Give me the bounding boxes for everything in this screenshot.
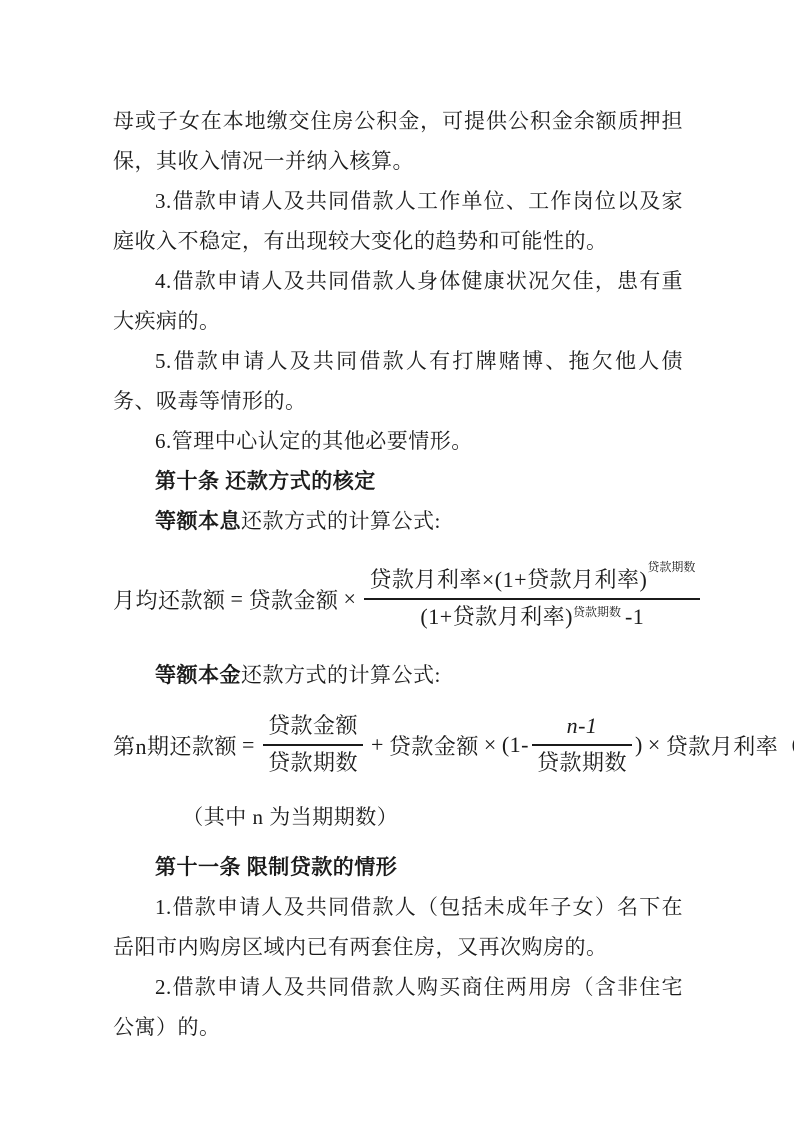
principal-fraction-2: n-1 贷款期数 bbox=[532, 712, 632, 777]
annuity-formula-lhs: 月均还款额 bbox=[113, 584, 226, 615]
annuity-fraction-denominator: (1+贷款月利率)贷款期数-1 bbox=[364, 600, 700, 632]
fraction-2-numerator: n-1 bbox=[532, 712, 632, 746]
article-10-heading: 第十条 还款方式的核定 bbox=[113, 461, 683, 501]
list-item-5: 5.借款申请人及共同借款人有打牌赌博、拖欠他人债务、吸毒等情形的。 bbox=[113, 341, 683, 421]
principal-formula: 第n期还款额 = 贷款金额 贷款期数 + 贷款金额 × (1- n-1 贷款期数… bbox=[113, 703, 683, 787]
annuity-method-name: 等额本息 bbox=[155, 509, 241, 533]
fraction-1-denominator: 贷款期数 bbox=[263, 746, 363, 778]
principal-fraction-1: 贷款金额 贷款期数 bbox=[263, 712, 363, 777]
principal-lead-rest: 还款方式的计算公式: bbox=[241, 663, 441, 687]
fraction-1-numerator: 贷款金额 bbox=[263, 712, 363, 746]
paragraph-guarantee-continuation: 母或子女在本地缴交住房公积金，可提供公积金余额质押担保，其收入情况一并纳入核算。 bbox=[113, 101, 683, 181]
open-paren: (1- bbox=[502, 732, 529, 758]
document-page: 母或子女在本地缴交住房公积金，可提供公积金余额质押担保，其收入情况一并纳入核算。… bbox=[0, 0, 794, 1122]
multiply-sign: × bbox=[648, 732, 661, 758]
annuity-fraction: 贷款月利率×(1+贷款月利率)贷款期数 (1+贷款月利率)贷款期数-1 bbox=[364, 566, 700, 631]
denominator-exponent: 贷款期数 bbox=[573, 606, 621, 618]
numerator-exponent: 贷款期数 bbox=[647, 560, 695, 574]
annuity-formula: 月均还款额 = 贷款金额 × 贷款月利率×(1+贷款月利率)贷款期数 (1+贷款… bbox=[113, 557, 683, 641]
numerator-base: 贷款月利率×(1+贷款月利率) bbox=[369, 567, 647, 592]
list-item-6: 6.管理中心认定的其他必要情形。 bbox=[113, 421, 683, 461]
annuity-fraction-numerator: 贷款月利率×(1+贷款月利率)贷款期数 bbox=[364, 566, 700, 600]
principal-method-name: 等额本金 bbox=[155, 663, 241, 687]
list-item-4: 4.借款申请人及共同借款人身体健康状况欠佳，患有重大疾病的。 bbox=[113, 261, 683, 341]
equals-sign: = bbox=[242, 732, 255, 758]
annuity-formula-factor: 贷款金额 bbox=[248, 584, 338, 615]
principal-formula-lhs: 第n期还款额 bbox=[113, 730, 237, 761]
document-body: 母或子女在本地缴交住房公积金，可提供公积金余额质押担保，其收入情况一并纳入核算。… bbox=[113, 101, 683, 1047]
denominator-tail: -1 bbox=[625, 603, 644, 632]
close-paren: ) bbox=[635, 732, 643, 758]
list-item-11-2: 2.借款申请人及共同借款人购买商住两用房（含非住宅公寓）的。 bbox=[113, 967, 683, 1047]
annuity-lead-line: 等额本息还款方式的计算公式: bbox=[113, 501, 683, 541]
principal-formula-tail: 贷款月利率（‰） bbox=[666, 730, 794, 761]
principal-formula-factor: 贷款金额 bbox=[389, 730, 479, 761]
multiply-sign: × bbox=[343, 586, 356, 612]
multiply-sign: × bbox=[484, 732, 497, 758]
formula-note: （其中 n 为当期期数） bbox=[182, 797, 683, 837]
article-11-heading: 第十一条 限制贷款的情形 bbox=[113, 847, 683, 887]
plus-sign: + bbox=[371, 732, 384, 758]
list-item-11-1: 1.借款申请人及共同借款人（包括未成年子女）名下在岳阳市内购房区域内已有两套住房… bbox=[113, 887, 683, 967]
equals-sign: = bbox=[231, 586, 244, 612]
denominator-base: (1+贷款月利率) bbox=[420, 603, 573, 632]
annuity-lead-rest: 还款方式的计算公式: bbox=[241, 509, 441, 533]
list-item-3: 3.借款申请人及共同借款人工作单位、工作岗位以及家庭收入不稳定，有出现较大变化的… bbox=[113, 181, 683, 261]
principal-lead-line: 等额本金还款方式的计算公式: bbox=[113, 655, 683, 695]
fraction-2-denominator: 贷款期数 bbox=[532, 746, 632, 778]
